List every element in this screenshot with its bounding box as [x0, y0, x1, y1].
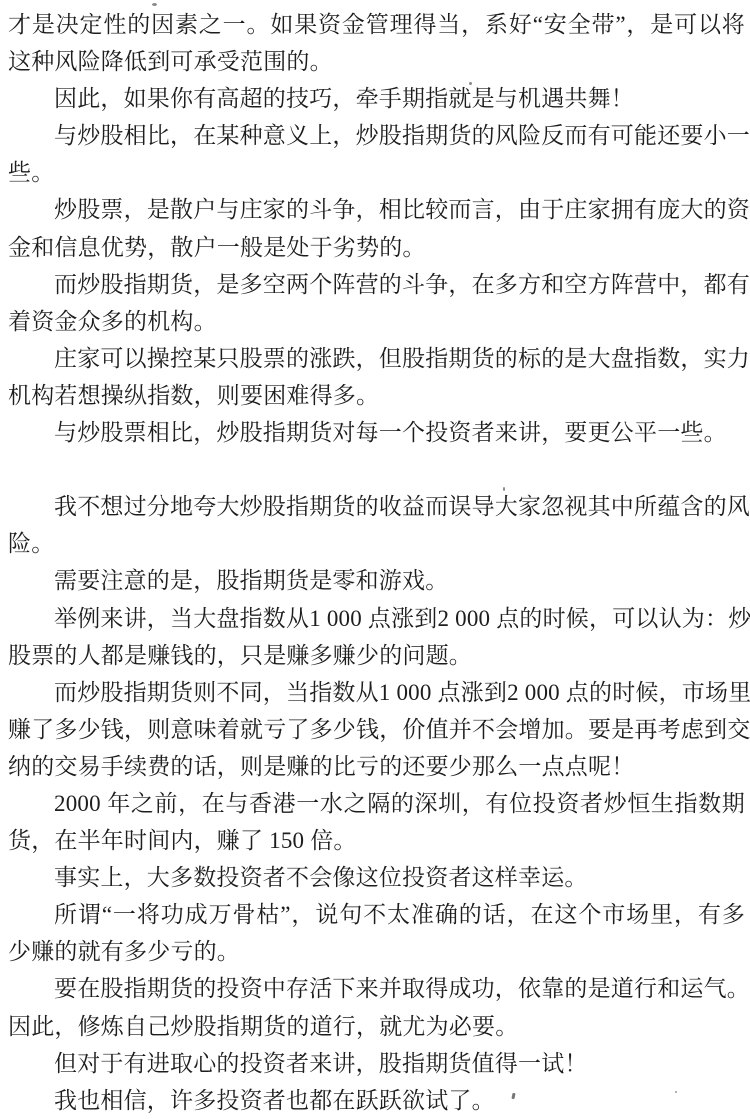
scan-speck: [469, 82, 472, 85]
text-line: 事实上，大多数投资者不会像这位投资者这样幸运。: [8, 859, 745, 896]
text-line: 我不想过分地夸大炒股指期货的收益而误导大家忽视其中所蕴含的风: [8, 488, 745, 525]
scan-speck: [675, 1091, 677, 1093]
text-line: 些。: [8, 154, 745, 191]
scan-speck: [503, 487, 505, 491]
text-line: 才是决定性的因素之一。如果资金管理得当，系好“安全带”，是可以将: [8, 6, 745, 43]
text-line: 所谓“一将功成万骨枯”，说句不太准确的话，在这个市场里，有多: [8, 896, 745, 933]
text-line: 赚了多少钱，则意味着就亏了多少钱，价值并不会增加。要是再考虑到交: [8, 711, 745, 748]
text-line: 而炒股指期货则不同，当指数从1 000 点涨到2 000 点的时候，市场里: [8, 674, 745, 711]
text-line: 机构若想操纵指数，则要困难得多。: [8, 377, 745, 414]
text-line: 2000 年之前，在与香港一水之隔的深圳，有位投资者炒恒生指数期: [8, 785, 745, 822]
text-line: 而炒股指期货，是多空两个阵营的斗争，在多方和空方阵营中，都有: [8, 266, 745, 303]
scan-speck: [152, 3, 157, 6]
text-line: 纳的交易手续费的话，则是赚的比亏的还要少那么一点点呢！: [8, 748, 745, 785]
text-line: 股票的人都是赚钱的，只是赚多赚少的问题。: [8, 637, 745, 674]
text-line: 举例来讲，当大盘指数从1 000 点涨到2 000 点的时候，可以认为：炒: [8, 600, 745, 637]
text-line: 因此，修炼自己炒股指期货的道行，就尤为必要。: [8, 1008, 745, 1045]
text-line: 需要注意的是，股指期货是零和游戏。: [8, 562, 745, 599]
text-line: 货，在半年时间内，赚了 150 倍。: [8, 822, 745, 859]
paragraph-break: [8, 451, 745, 488]
text-line: 险。: [8, 525, 745, 562]
text-line: 着资金众多的机构。: [8, 303, 745, 340]
text-line: 与炒股相比，在某种意义上，炒股指期货的风险反而有可能还要小一: [8, 117, 745, 154]
text-line: 金和信息优势，散户一般是处于劣势的。: [8, 229, 745, 266]
text-line: 我也相信，许多投资者也都在跃跃欲试了。: [8, 1082, 745, 1119]
text-line: 炒股票，是散户与庄家的斗争，相比较而言，由于庄家拥有庞大的资: [8, 191, 745, 228]
book-page: 才是决定性的因素之一。如果资金管理得当，系好“安全带”，是可以将 这种风险降低到…: [0, 0, 750, 1119]
text-line: 与炒股票相比，炒股指期货对每一个投资者来讲，要更公平一些。: [8, 414, 745, 451]
text-line: 少赚的就有多少亏的。: [8, 933, 745, 970]
text-line: 但对于有进取心的投资者来讲，股指期货值得一试！: [8, 1045, 745, 1082]
text-line: 庄家可以操控某只股票的涨跌，但股指期货的标的是大盘指数，实力: [8, 340, 745, 377]
text-line: 要在股指期货的投资中存活下来并取得成功，依靠的是道行和运气。: [8, 970, 745, 1007]
text-line: 因此，如果你有高超的技巧，牵手期指就是与机遇共舞！: [8, 80, 745, 117]
text-line: 这种风险降低到可承受范围的。: [8, 43, 745, 80]
